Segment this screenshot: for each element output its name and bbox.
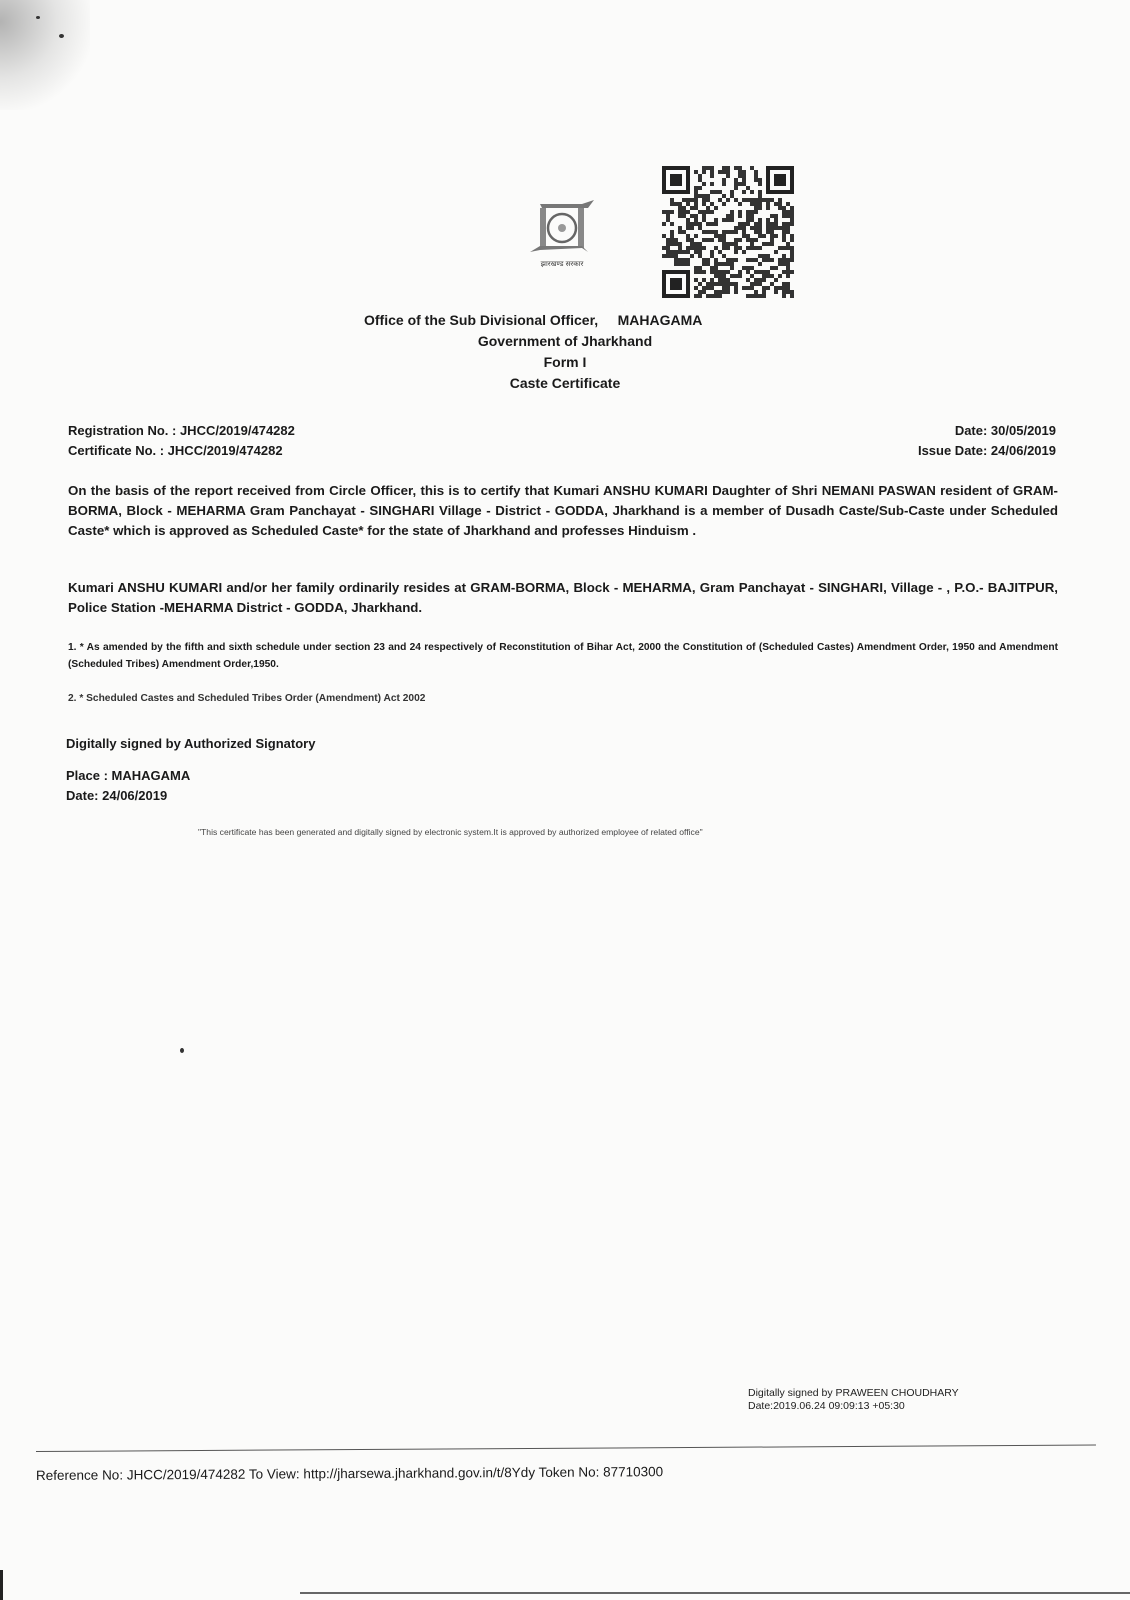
reference-footer: Reference No: JHCC/2019/474282 To View: … xyxy=(36,1464,663,1483)
qr-code-icon[interactable] xyxy=(662,166,794,298)
signature-block: Digitally signed by Authorized Signatory… xyxy=(66,734,315,806)
signature-date: Date: 24/06/2019 xyxy=(66,786,315,806)
certificate-title: Caste Certificate xyxy=(0,373,1130,394)
certification-paragraph: On the basis of the report received from… xyxy=(68,481,1058,541)
page-edge-mark xyxy=(0,1570,3,1600)
scan-speck xyxy=(180,1048,184,1053)
scan-speck xyxy=(59,34,64,38)
digital-signature-stamp: Digitally signed by PRAWEEN CHOUDHARY Da… xyxy=(748,1387,959,1413)
scan-shadow xyxy=(0,0,90,110)
place: Place : MAHAGAMA xyxy=(66,766,315,786)
footnote-2: 2. * Scheduled Castes and Scheduled Trib… xyxy=(68,690,1058,707)
registration-number: Registration No. : JHCC/2019/474282 xyxy=(68,421,295,441)
digital-signer: Digitally signed by PRAWEEN CHOUDHARY xyxy=(748,1387,959,1400)
form-title: Form I xyxy=(0,352,1130,373)
residence-paragraph: Kumari ANSHU KUMARI and/or her family or… xyxy=(68,578,1058,618)
footer-divider xyxy=(36,1445,1096,1452)
disclaimer: "This certificate has been generated and… xyxy=(198,827,703,837)
signatory-label: Digitally signed by Authorized Signatory xyxy=(66,734,315,754)
scan-speck xyxy=(36,16,40,19)
certificate-numbers: Registration No. : JHCC/2019/474282 Cert… xyxy=(68,421,295,461)
government-title: Government of Jharkhand xyxy=(0,331,1130,352)
digital-sign-date: Date:2019.06.24 09:09:13 +05:30 xyxy=(748,1400,959,1413)
footnote-1: 1. * As amended by the fifth and sixth s… xyxy=(68,639,1058,673)
page-edge-line xyxy=(300,1592,1130,1594)
certificate-number: Certificate No. : JHCC/2019/474282 xyxy=(68,441,295,461)
application-date: Date: 30/05/2019 xyxy=(918,421,1056,441)
jharkhand-govt-emblem-icon: झारखण्ड सरकार xyxy=(522,190,604,272)
office-title: Office of the Sub Divisional Officer, MA… xyxy=(364,310,804,331)
certificate-dates: Date: 30/05/2019 Issue Date: 24/06/2019 xyxy=(918,421,1056,461)
svg-text:झारखण्ड सरकार: झारखण्ड सरकार xyxy=(541,260,584,268)
issue-date: Issue Date: 24/06/2019 xyxy=(918,441,1056,461)
